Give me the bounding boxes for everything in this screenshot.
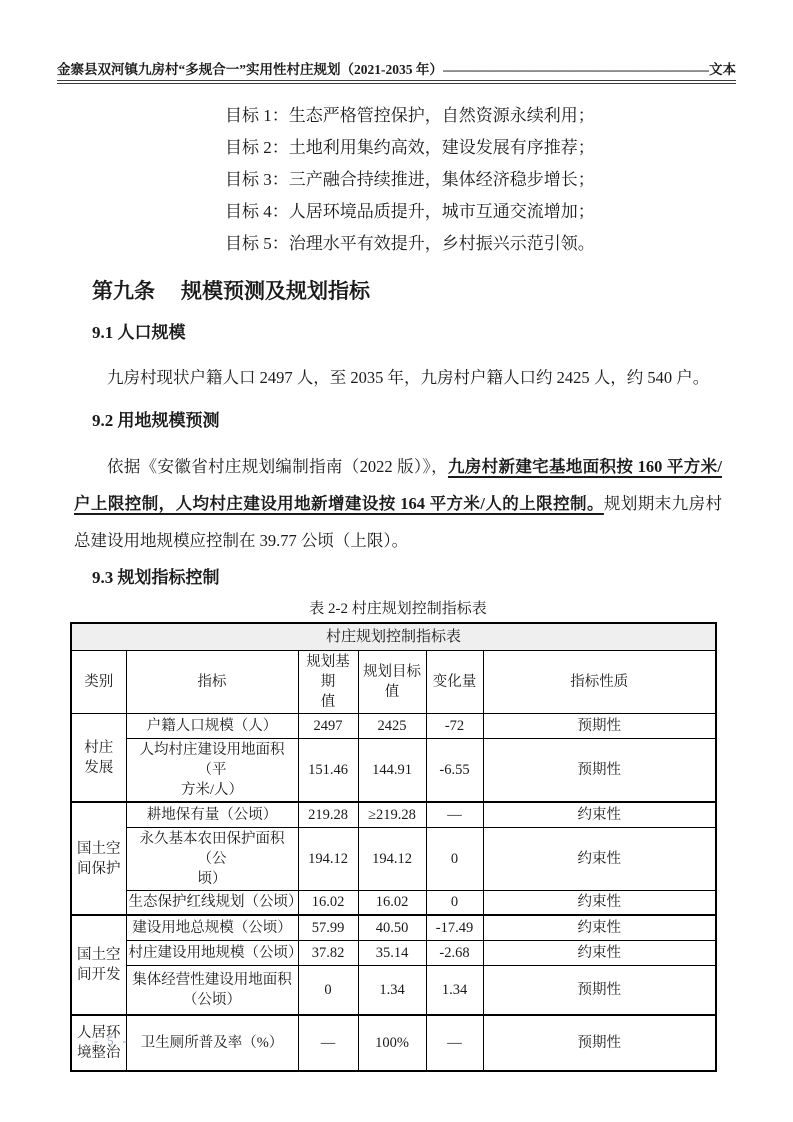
base-value-cell: —	[298, 1015, 358, 1071]
nature-cell: 约束性	[483, 940, 716, 965]
goal-item-1: 目标 1：生态严格管控保护，自然资源永续利用；	[225, 100, 722, 132]
article-heading: 第九条规模预测及规划指标	[92, 276, 722, 306]
goal-item-4: 目标 4：人居环境品质提升，城市互通交流增加；	[225, 196, 722, 228]
nature-cell: 预期性	[483, 714, 716, 739]
category-cell: 国土空 间保护	[71, 802, 126, 915]
target-value-cell: 35.14	[358, 940, 426, 965]
table-caption: 表 2-2 村庄规划控制指标表	[74, 598, 722, 620]
category-cell: 村庄 发展	[71, 714, 126, 803]
base-value-cell: 2497	[298, 714, 358, 739]
indicator-cell: 建设用地总规模（公顷）	[126, 915, 298, 940]
section-heading-9-2: 9.2 用地规模预测	[92, 408, 722, 434]
column-header-2: 规划基期 值	[298, 651, 358, 714]
planning-indicator-table: 村庄规划控制指标表 类别指标规划基期 值规划目标 值变化量指标性质 村庄 发展户…	[70, 622, 717, 1072]
article-title: 规模预测及规划指标	[181, 279, 370, 303]
base-value-cell: 16.02	[298, 890, 358, 915]
change-value-cell: —	[426, 1015, 483, 1071]
column-header-3: 规划目标 值	[358, 651, 426, 714]
change-value-cell: -17.49	[426, 915, 483, 940]
table-row: 国土空 间保护耕地保有量（公顷）219.28≥219.28—约束性	[71, 802, 716, 827]
change-value-cell: —	[426, 802, 483, 827]
table-row: 永久基本农田保护面积（公 顷）194.12194.120约束性	[71, 827, 716, 890]
change-value-cell: -2.68	[426, 940, 483, 965]
table-body: 村庄 发展户籍人口规模（人）24972425-72预期性人均村庄建设用地面积（平…	[71, 714, 716, 1072]
base-value-cell: 194.12	[298, 827, 358, 890]
change-value-cell: 0	[426, 827, 483, 890]
goal-item-5: 目标 5：治理水平有效提升，乡村振兴示范引领。	[225, 228, 722, 260]
change-value-cell: 1.34	[426, 965, 483, 1015]
target-value-cell: 40.50	[358, 915, 426, 940]
target-value-cell: 100%	[358, 1015, 426, 1071]
paragraph-population: 九房村现状户籍人口 2497 人，至 2035 年，九房村户籍人口约 2425 …	[74, 363, 722, 393]
document-page: 金寨县双河镇九房村“多规合一”实用性村庄规划（2021-2035 年） ————…	[0, 0, 793, 1122]
goal-item-3: 目标 3：三产融合持续推进，集体经济稳步增长；	[225, 164, 722, 196]
base-value-cell: 0	[298, 965, 358, 1015]
indicator-cell: 人均村庄建设用地面积（平 方米/人）	[126, 739, 298, 803]
target-value-cell: 1.34	[358, 965, 426, 1015]
table-row: 集体经营性建设用地面积 （公顷）01.341.34预期性	[71, 965, 716, 1015]
nature-cell: 约束性	[483, 890, 716, 915]
table-header-row: 类别指标规划基期 值规划目标 值变化量指标性质	[71, 651, 716, 714]
nature-cell: 预期性	[483, 739, 716, 803]
indicator-cell: 村庄建设用地规模（公顷）	[126, 940, 298, 965]
land-use-lead: 依据《安徽省村庄规划编制指南（2022 版）》，	[107, 457, 448, 476]
page-number: - 5 -	[94, 1034, 130, 1049]
nature-cell: 约束性	[483, 915, 716, 940]
nature-cell: 约束性	[483, 802, 716, 827]
nature-cell: 预期性	[483, 965, 716, 1015]
paragraph-land-use: 依据《安徽省村庄规划编制指南（2022 版）》，九房村新建宅基地面积按 160 …	[74, 448, 722, 559]
article-label: 第九条	[92, 279, 155, 303]
section-heading-9-3: 9.3 规划指标控制	[92, 565, 722, 591]
indicator-cell: 生态保护红线规划（公顷）	[126, 890, 298, 915]
base-value-cell: 151.46	[298, 739, 358, 803]
table-title: 村庄规划控制指标表	[71, 623, 716, 651]
base-value-cell: 219.28	[298, 802, 358, 827]
table-row: 生态保护红线规划（公顷）16.0216.020约束性	[71, 890, 716, 915]
target-value-cell: 16.02	[358, 890, 426, 915]
goal-item-2: 目标 2：土地利用集约高效，建设发展有序推荐；	[225, 132, 722, 164]
column-header-0: 类别	[71, 651, 126, 714]
column-header-1: 指标	[126, 651, 298, 714]
target-value-cell: 194.12	[358, 827, 426, 890]
goal-list: 目标 1：生态严格管控保护，自然资源永续利用； 目标 2：土地利用集约高效，建设…	[225, 100, 722, 260]
change-value-cell: -6.55	[426, 739, 483, 803]
indicator-cell: 耕地保有量（公顷）	[126, 802, 298, 827]
base-value-cell: 57.99	[298, 915, 358, 940]
indicator-cell: 户籍人口规模（人）	[126, 714, 298, 739]
table-row: 人均村庄建设用地面积（平 方米/人）151.46144.91-6.55预期性	[71, 739, 716, 803]
table-row: 国土空 间开发建设用地总规模（公顷）57.9940.50-17.49约束性	[71, 915, 716, 940]
column-header-5: 指标性质	[483, 651, 716, 714]
change-value-cell: 0	[426, 890, 483, 915]
target-value-cell: 144.91	[358, 739, 426, 803]
indicator-cell: 卫生厕所普及率（%）	[126, 1015, 298, 1071]
document-body: 目标 1：生态严格管控保护，自然资源永续利用； 目标 2：土地利用集约高效，建设…	[74, 0, 722, 1072]
table-row: 人居环 境整治卫生厕所普及率（%）—100%—预期性	[71, 1015, 716, 1071]
nature-cell: 预期性	[483, 1015, 716, 1071]
column-header-4: 变化量	[426, 651, 483, 714]
table-row: 村庄 发展户籍人口规模（人）24972425-72预期性	[71, 714, 716, 739]
target-value-cell: 2425	[358, 714, 426, 739]
indicator-cell: 集体经营性建设用地面积 （公顷）	[126, 965, 298, 1015]
change-value-cell: -72	[426, 714, 483, 739]
nature-cell: 约束性	[483, 827, 716, 890]
table-title-row: 村庄规划控制指标表	[71, 623, 716, 651]
section-heading-9-1: 9.1 人口规模	[92, 320, 722, 346]
target-value-cell: ≥219.28	[358, 802, 426, 827]
base-value-cell: 37.82	[298, 940, 358, 965]
category-cell: 国土空 间开发	[71, 915, 126, 1015]
indicator-cell: 永久基本农田保护面积（公 顷）	[126, 827, 298, 890]
table-row: 村庄建设用地规模（公顷）37.8235.14-2.68约束性	[71, 940, 716, 965]
